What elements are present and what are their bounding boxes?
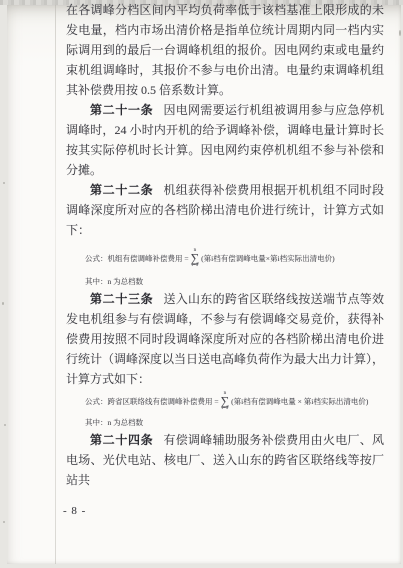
formula-note: 其中：n 为总档数 [85,416,384,430]
formula-label: 公式：机组有偿调峰补偿费用 = [85,254,189,263]
article-24-heading: 第二十四条 [90,433,153,447]
article-23-paragraph: 第二十三条送入山东的跨省区联络线按送端节点等效发电机组参与有偿调峰，不参与有偿调… [66,289,384,389]
formula-note: 其中：n 为总档数 [85,275,384,289]
scan-speck [399,30,401,36]
summation-symbol: n ∑ i=1 [221,391,230,411]
summation-symbol: n ∑ i=1 [191,248,200,268]
article-22-heading: 第二十二条 [90,183,153,197]
sigma-icon: ∑ [221,396,230,406]
article-22-paragraph: 第二十二条机组获得补偿费用根据开机机组不同时段调峰深度所对应的各档阶梯出清电价进… [66,180,384,240]
scan-speck [2,302,4,305]
page-fold-line [55,5,56,564]
summation-lower-limit: i=1 [222,406,229,411]
scan-speck [4,424,6,426]
intro-paragraph: 在各调峰分档区间内平均负荷率低于该档基准上限形成的未发电量，档内市场出清价格是指… [66,0,384,100]
formula-expression: (第i档有偿调峰电量×第i档实际出清电价) [201,254,334,263]
article-21-paragraph: 第二十一条因电网需要运行机组被调用参与应急停机调峰时，24 小时内开机的给予调峰… [66,100,384,180]
article-23-heading: 第二十三条 [90,292,153,306]
scan-speck [3,182,5,184]
scan-speck [3,521,5,523]
formula-tie-line-compensation: 公式：跨省区联络线有偿调峰补偿费用 = n ∑ i=1 (第i档有偿调峰电量 ×… [85,391,384,411]
article-21-heading: 第二十一条 [90,103,153,117]
formula-expression: (第i档有偿调峰电量 × 第i档实际出清电价) [231,397,368,406]
article-24-paragraph: 第二十四条有偿调峰辅助服务补偿费用由火电厂、风电场、光伏电站、核电厂、送入山东的… [66,430,384,490]
formula-unit-compensation: 公式：机组有偿调峰补偿费用 = n ∑ i=1 (第i档有偿调峰电量×第i档实际… [85,248,384,268]
sigma-icon: ∑ [191,253,200,263]
page-number: - 8 - [63,504,384,518]
scanned-document-background: 在各调峰分档区间内平均负荷率低于该档基准上限形成的未发电量，档内市场出清价格是指… [0,0,403,568]
formula-label: 公式：跨省区联络线有偿调峰补偿费用 = [85,397,219,406]
article-23-text: 送入山东的跨省区联络线按送端节点等效发电机组参与有偿调峰，不参与有偿调峰交易竞价… [66,292,384,386]
summation-lower-limit: i=1 [192,263,199,268]
document-body: 在各调峰分档区间内平均负荷率低于该档基准上限形成的未发电量，档内市场出清价格是指… [66,0,384,518]
